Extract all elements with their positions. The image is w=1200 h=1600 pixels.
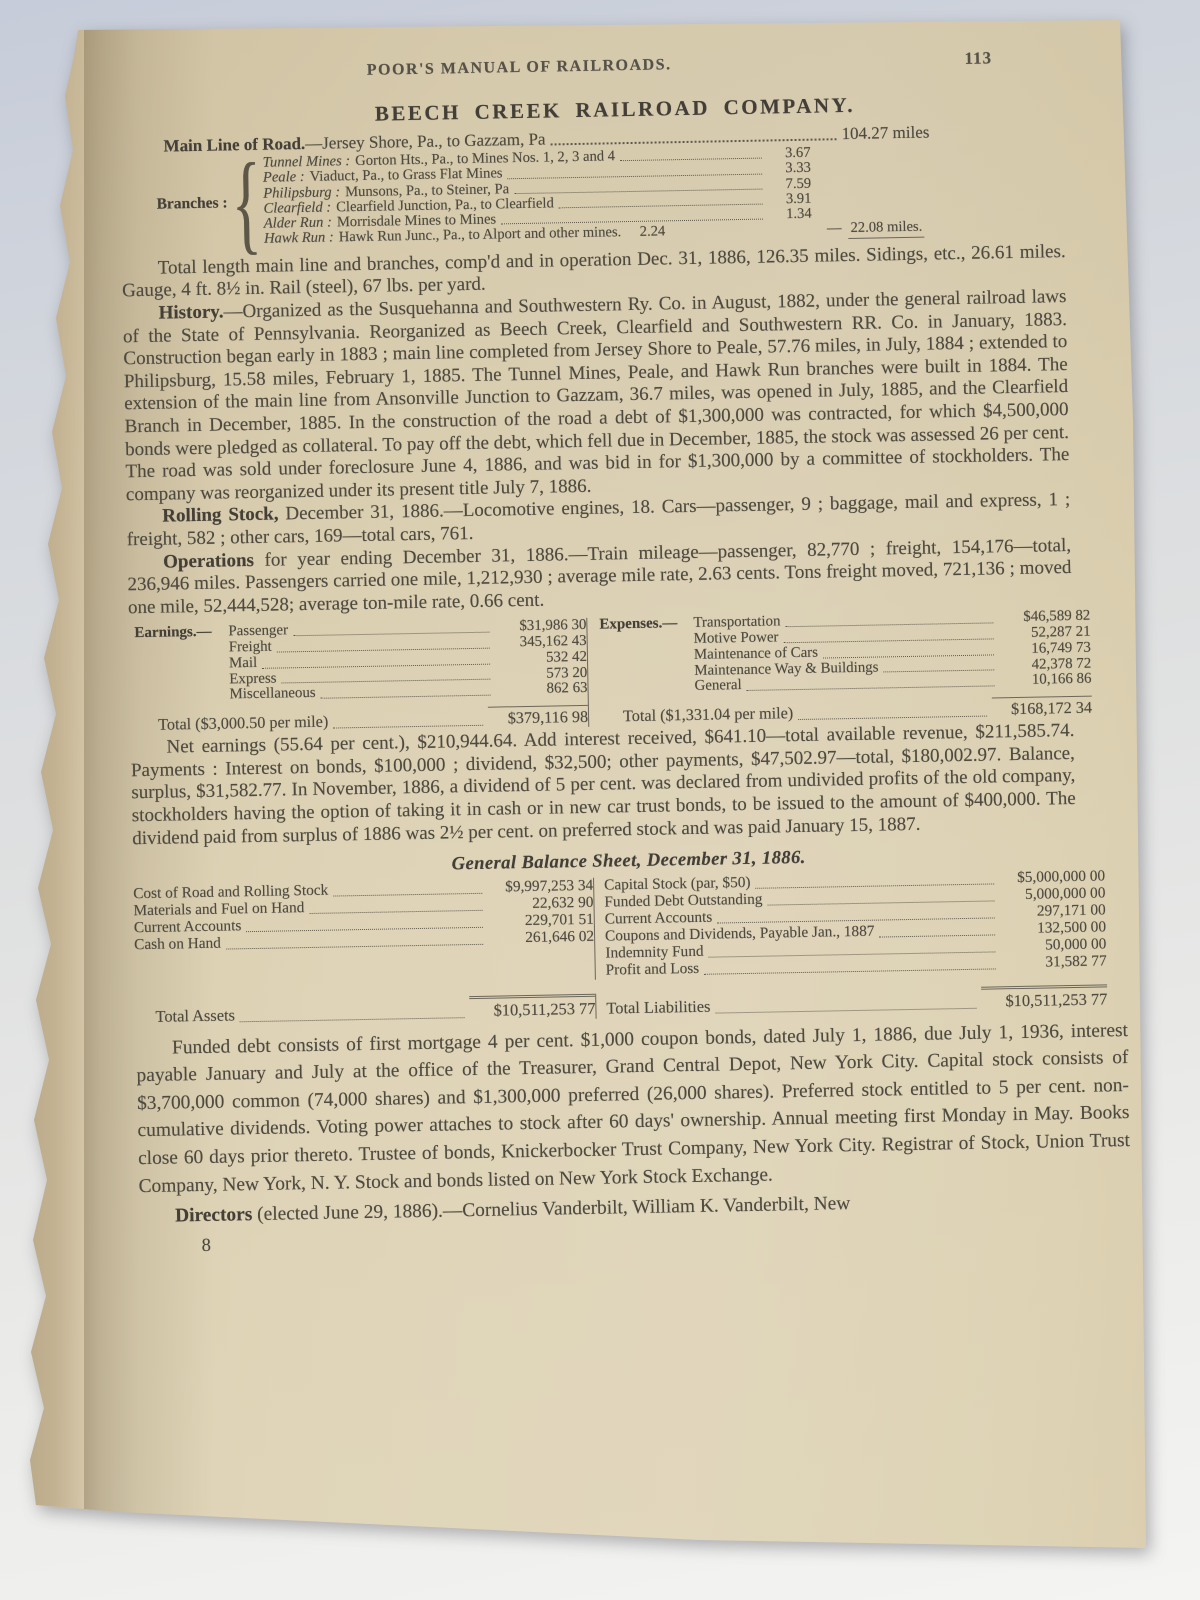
total-dash: — <box>827 222 842 238</box>
expenses-item-value: 10,166 86 <box>999 672 1091 689</box>
main-line-mileage: 104.27 miles <box>841 123 929 145</box>
column-indent-spacer <box>600 675 694 677</box>
column-indent-spacer <box>135 652 229 654</box>
liability-value: 31,582 77 <box>1001 953 1107 972</box>
expenses-total-value: $168,172 34 <box>992 696 1092 720</box>
branch-mileage: 3.33 <box>767 161 811 177</box>
total-assets-value: $10,511,253 77 <box>469 993 595 1020</box>
asset-value: 261,646 02 <box>488 929 594 948</box>
dot-leader <box>321 695 491 699</box>
branch-mileage: 1.34 <box>768 207 812 223</box>
dot-leader <box>704 968 995 974</box>
net-earnings-paragraph: Net earnings (55.64 per cent.), $210,944… <box>130 720 1076 850</box>
column-indent-spacer <box>601 690 695 692</box>
expenses-item-label: General <box>694 679 741 696</box>
dot-leader <box>620 158 762 162</box>
liabilities-column: Capital Stock (par, $50)$5,000,000 00 Fu… <box>593 869 1107 980</box>
balance-sheet-table: Cost of Road and Rolling Stock$9,997,253… <box>133 869 1107 988</box>
branch-name: Hawk Run : <box>264 231 334 248</box>
earnings-item-label: Mail <box>229 656 257 672</box>
total-assets-label: Total Assets <box>155 1005 235 1026</box>
column-indent-spacer <box>600 659 694 661</box>
dot-leader <box>333 725 483 729</box>
company-title: BEECH CREEK RAILROAD COMPANY. <box>119 88 1111 131</box>
dot-leader <box>880 934 996 937</box>
rolling-stock-lead: Rolling Stock, <box>162 504 279 527</box>
column-indent-spacer <box>136 699 230 701</box>
earnings-item-label: Freight <box>229 640 272 657</box>
column-indent-spacer <box>135 683 229 685</box>
column-indent-spacer <box>600 643 694 645</box>
dot-leader <box>884 670 995 673</box>
assets-column: Cost of Road and Rolling Stock$9,997,253… <box>133 878 595 988</box>
total-liabilities-row: Total Liabilities$10,511,253 77 <box>595 984 1107 1018</box>
dot-leader <box>240 1017 465 1022</box>
earnings-item-value: 862 63 <box>495 681 587 698</box>
expenses-header: Expenses.— <box>599 616 693 634</box>
history-paragraph: History.—Organized as the Susquehanna an… <box>122 286 1070 507</box>
page-number: 113 <box>964 48 992 69</box>
liability-label: Profit and Loss <box>606 961 700 980</box>
dot-leader <box>226 944 483 950</box>
funded-debt-paragraph: Funded debt consists of first mortgage 4… <box>136 1017 1131 1201</box>
page-content: POOR'S MANUAL OF RAILROADS. 113 BEECH CR… <box>118 48 1132 1258</box>
earnings-column: Earnings.—Passenger$31,986 30 Freight345… <box>134 618 588 735</box>
dot-leader <box>747 686 995 692</box>
branches-block: Branches : { Tunnel Mines :Gorton Hts., … <box>156 140 1114 251</box>
total-liabilities-value: $10,511,253 77 <box>981 984 1107 1011</box>
branches-rows: Tunnel Mines :Gorton Hts., Pa., to Mines… <box>263 140 1114 249</box>
history-lead: History. <box>158 301 223 323</box>
expenses-column: Expenses.—Transportation$46,589 82 Motiv… <box>586 609 1092 727</box>
earnings-total-label: Total ($3,000.50 per mile) <box>158 713 328 735</box>
dot-leader <box>333 893 482 897</box>
total-liabilities-label: Total Liabilities <box>606 996 710 1018</box>
earnings-header: Earnings.— <box>134 625 228 643</box>
branch-name: Peale : <box>263 170 305 186</box>
branch-mileage: 2.24 <box>621 225 665 241</box>
branches-label: Branches : <box>156 194 227 213</box>
dot-leader <box>798 716 987 720</box>
operations-lead: Operations <box>163 549 254 572</box>
directors-text: (elected June 29, 1886).—Cornelius Vande… <box>252 1193 850 1225</box>
branch-desc: Hawk Run Junc., Pa., to Alport and other… <box>339 226 622 246</box>
branches-total-mileage: 22.08 miles. <box>848 220 924 239</box>
dot-leader <box>716 1007 977 1013</box>
earnings-item-label: Miscellaneous <box>229 686 315 703</box>
earnings-expenses-table: Earnings.—Passenger$31,986 30 Freight345… <box>134 609 1092 735</box>
history-text: —Organized as the Susquehanna and Southw… <box>123 286 1070 505</box>
asset-label: Cash on Hand <box>134 936 221 954</box>
earnings-total-value: $379,116 98 <box>488 705 588 729</box>
column-indent-spacer <box>135 667 229 669</box>
brace-glyph: { <box>231 157 262 250</box>
expenses-item-label: Maintenance Way & Buildings <box>694 660 878 679</box>
total-assets-row: Total Assets$10,511,253 77 <box>135 993 595 1026</box>
expenses-total-label: Total ($1,331.04 per mile) <box>623 704 793 726</box>
directors-lead: Directors <box>175 1204 253 1226</box>
